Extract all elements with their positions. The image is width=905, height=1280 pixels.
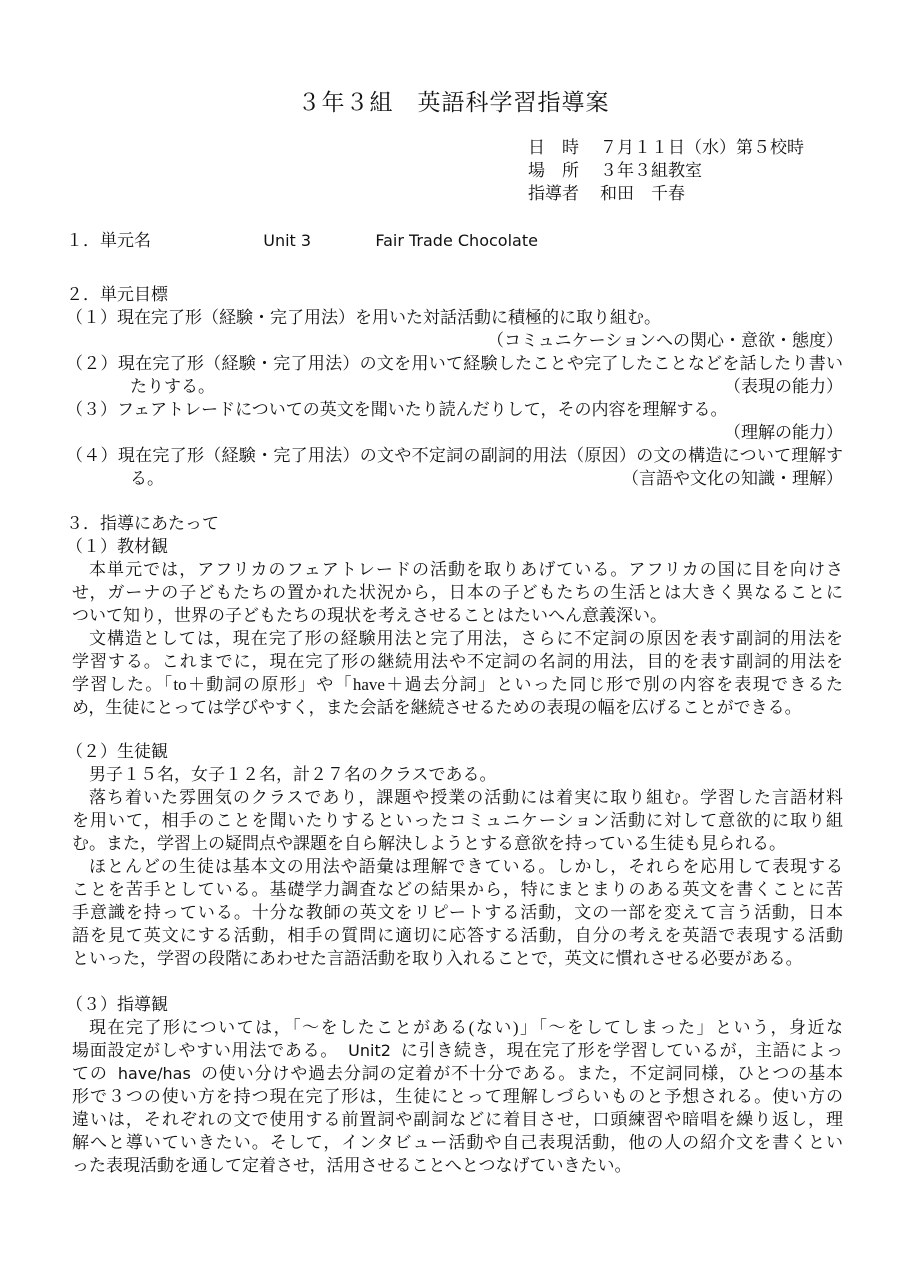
meta-value: ７月１１日（水）第５校時 bbox=[600, 136, 804, 159]
paragraph-line: 本単元では，アフリカのフェアトレードの活動を取りあげている。アフリカの国に目を向… bbox=[72, 558, 843, 581]
goal-item: （３）フェアトレードについての英文を聞いたり読んだりして，その内容を理解する。 … bbox=[64, 398, 843, 444]
student-view-label: （２）生徒観 bbox=[66, 740, 843, 763]
meta-label: 日 時 bbox=[528, 136, 584, 159]
guidance-view-label: （３）指導観 bbox=[66, 993, 843, 1016]
paragraph-text: ての bbox=[72, 1064, 108, 1083]
section-teaching: ３．指導にあたって （１）教材観 本単元では，アフリカのフェアトレードの活動を取… bbox=[64, 512, 843, 1177]
goal-text-cont bbox=[66, 329, 130, 352]
goal-text: （１）現在完了形（経験・完了用法）を用いた対話活動に積極的に取り組む。 bbox=[66, 306, 843, 329]
meta-row-place: 場 所 ３年３組教室 bbox=[528, 159, 843, 182]
goal-rating-row: る。 （言語や文化の知識・理解） bbox=[66, 467, 843, 490]
subsection-student-view: （２）生徒観 男子１５名，女子１２名，計２７名のクラスである。 落ち着いた雰囲気… bbox=[64, 740, 843, 970]
material-view-label: （１）教材観 bbox=[66, 535, 843, 558]
unit-heading: １．単元名 bbox=[66, 231, 151, 250]
meta-value: 和田 千春 bbox=[600, 182, 685, 205]
meta-block: 日 時 ７月１１日（水）第５校時 場 所 ３年３組教室 指導者 和田 千春 bbox=[528, 136, 843, 205]
goal-rating: （コミュニケーションへの関心・意欲・態度） bbox=[487, 329, 843, 352]
meta-value: ３年３組教室 bbox=[600, 159, 702, 182]
paragraph-line: を用いて，相手のことを聞いたりするといったコミュニケーション活動に対して意欲的に… bbox=[72, 809, 843, 832]
material-view-paragraph: 文構造としては，現在完了形の経験用法と完了用法，さらに不定詞の原因を表す副詞的用… bbox=[72, 627, 843, 719]
subsection-material-view: （１）教材観 本単元では，アフリカのフェアトレードの活動を取りあげている。アフリ… bbox=[64, 535, 843, 719]
section-unit-name: １．単元名 Unit 3 Fair Trade Chocolate bbox=[66, 229, 843, 252]
student-view-paragraph: 落ち着いた雰囲気のクラスであり，課題や授業の活動には着実に取り組む。学習した言語… bbox=[72, 786, 843, 855]
goal-rating-row: （理解の能力） bbox=[66, 421, 843, 444]
unit-title: Fair Trade Chocolate bbox=[375, 231, 538, 250]
paragraph-line: ついて知り，世界の子どもたちの現状を考えさせることはたいへん意義深い。 bbox=[72, 604, 843, 627]
goals-heading: ２．単元目標 bbox=[66, 283, 843, 306]
goal-text-cont: たりする。 bbox=[66, 375, 215, 398]
student-view-paragraph: 男子１５名，女子１２名，計２７名のクラスである。 bbox=[72, 763, 843, 786]
paragraph-line: 場面設定がしやすい用法である。 Unit2 に引き続き，現在完了形を学習している… bbox=[72, 1039, 843, 1062]
paragraph-line: せ，ガーナの子どもたちの置かれた状況から，日本の子どもたちの生活とは大きく異なる… bbox=[72, 581, 843, 604]
goal-item: （２）現在完了形（経験・完了用法）の文を用いて経験したことや完了したことなどを話… bbox=[64, 352, 843, 398]
guidance-view-paragraph: 現在完了形については，「～をしたことがある(ない)」「～をしてしまった」という，… bbox=[72, 1016, 843, 1177]
meta-label: 場 所 bbox=[528, 159, 584, 182]
meta-label: 指導者 bbox=[528, 182, 584, 205]
paragraph-line: め，生徒にとっては学びやすく，また会話を継続させるための表現の幅を広げることがで… bbox=[72, 696, 843, 719]
lesson-plan-page: ３年３組 英語科学習指導案 日 時 ７月１１日（水）第５校時 場 所 ３年３組教… bbox=[0, 0, 905, 1177]
paragraph-line: ことを苦手としている。基礎学力調査などの結果から，特にまとまりのある英文を書くこ… bbox=[72, 878, 843, 901]
paragraph-line: 男子１５名，女子１２名，計２７名のクラスである。 bbox=[72, 763, 843, 786]
section-unit-goals: ２．単元目標 （１）現在完了形（経験・完了用法）を用いた対話活動に積極的に取り組… bbox=[64, 283, 843, 490]
goal-text-cont: る。 bbox=[66, 467, 164, 490]
paragraph-line: 学習した。「to＋動詞の原形」や「have＋過去分詞」といった同じ形で別の内容を… bbox=[72, 673, 843, 696]
unit-number: Unit 3 bbox=[263, 231, 311, 250]
paragraph-text: 場面設定がしやすい用法である。 bbox=[72, 1041, 338, 1060]
paragraph-line: といった，学習の段階にあわせた言語活動を取り入れることで，英文に慣れさせる必要が… bbox=[72, 947, 843, 970]
paragraph-line: む。また，学習上の疑問点や課題を自ら解決しようとする意欲を持っている生徒も見られ… bbox=[72, 832, 843, 855]
paragraph-line: 文構造としては，現在完了形の経験用法と完了用法，さらに不定詞の原因を表す副詞的用… bbox=[72, 627, 843, 650]
paragraph-line: 違いは，それぞれの文で使用する前置詞や副詞などに着目させ，口頭練習や暗唱を繰り返… bbox=[72, 1108, 843, 1131]
paragraph-line: ての have/has の使い分けや過去分詞の定着が不十分である。また，不定詞同… bbox=[72, 1062, 843, 1085]
goal-text: （４）現在完了形（経験・完了用法）の文や不定詞の副詞的用法（原因）の文の構造につ… bbox=[66, 444, 843, 467]
page-title: ３年３組 英語科学習指導案 bbox=[64, 88, 843, 118]
meta-row-datetime: 日 時 ７月１１日（水）第５校時 bbox=[528, 136, 843, 159]
goal-text: （３）フェアトレードについての英文を聞いたり読んだりして，その内容を理解する。 bbox=[66, 398, 843, 421]
paragraph-line: 語を見て英文にする活動，相手の質問に適切に応答する活動，自分の考えを英語で表現す… bbox=[72, 924, 843, 947]
paragraph-text: に引き続き，現在完了形を学習しているが，主語によっ bbox=[401, 1041, 843, 1060]
paragraph-line: 落ち着いた雰囲気のクラスであり，課題や授業の活動には着実に取り組む。学習した言語… bbox=[72, 786, 843, 809]
teaching-heading: ３．指導にあたって bbox=[66, 512, 843, 535]
goal-item: （１）現在完了形（経験・完了用法）を用いた対話活動に積極的に取り組む。 （コミュ… bbox=[64, 306, 843, 352]
goal-text: （２）現在完了形（経験・完了用法）の文を用いて経験したことや完了したことなどを話… bbox=[66, 352, 843, 375]
latin-term-unit2: Unit2 bbox=[348, 1041, 391, 1060]
goal-rating-row: たりする。 （表現の能力） bbox=[66, 375, 843, 398]
paragraph-line: 形で３つの使い方を持つ現在完了形は，生徒にとって理解しづらいものと予想される。使… bbox=[72, 1085, 843, 1108]
paragraph-line: 現在完了形については，「～をしたことがある(ない)」「～をしてしまった」という，… bbox=[72, 1016, 843, 1039]
meta-row-teacher: 指導者 和田 千春 bbox=[528, 182, 843, 205]
goal-rating: （表現の能力） bbox=[724, 375, 843, 398]
paragraph-line: 手意識を持っている。十分な教師の英文をリピートする活動，文の一部を変えて言う活動… bbox=[72, 901, 843, 924]
latin-term-have-has: have/has bbox=[118, 1064, 191, 1083]
goal-rating: （言語や文化の知識・理解） bbox=[622, 467, 843, 490]
material-view-paragraph: 本単元では，アフリカのフェアトレードの活動を取りあげている。アフリカの国に目を向… bbox=[72, 558, 843, 627]
paragraph-line: 学習する。これまでに，現在完了形の継続用法や不定詞の名詞的用法，目的を表す副詞的… bbox=[72, 650, 843, 673]
goal-rating-row: （コミュニケーションへの関心・意欲・態度） bbox=[66, 329, 843, 352]
paragraph-line: ほとんどの生徒は基本文の用法や語彙は理解できている。しかし，それらを応用して表現… bbox=[72, 855, 843, 878]
subsection-guidance-view: （３）指導観 現在完了形については，「～をしたことがある(ない)」「～をしてしま… bbox=[64, 993, 843, 1177]
paragraph-text: の使い分けや過去分詞の定着が不十分である。また，不定詞同様，ひとつの基本 bbox=[201, 1064, 843, 1083]
goal-item: （４）現在完了形（経験・完了用法）の文や不定詞の副詞的用法（原因）の文の構造につ… bbox=[64, 444, 843, 490]
goal-rating: （理解の能力） bbox=[724, 421, 843, 444]
paragraph-line: 解へと導いていきたい。そして，インタビュー活動や自己表現活動，他の人の紹介文を書… bbox=[72, 1131, 843, 1154]
paragraph-line: った表現活動を通して定着させ，活用させることへとつなげていきたい。 bbox=[72, 1154, 843, 1177]
goal-text-cont bbox=[66, 421, 130, 444]
student-view-paragraph: ほとんどの生徒は基本文の用法や語彙は理解できている。しかし，それらを応用して表現… bbox=[72, 855, 843, 970]
